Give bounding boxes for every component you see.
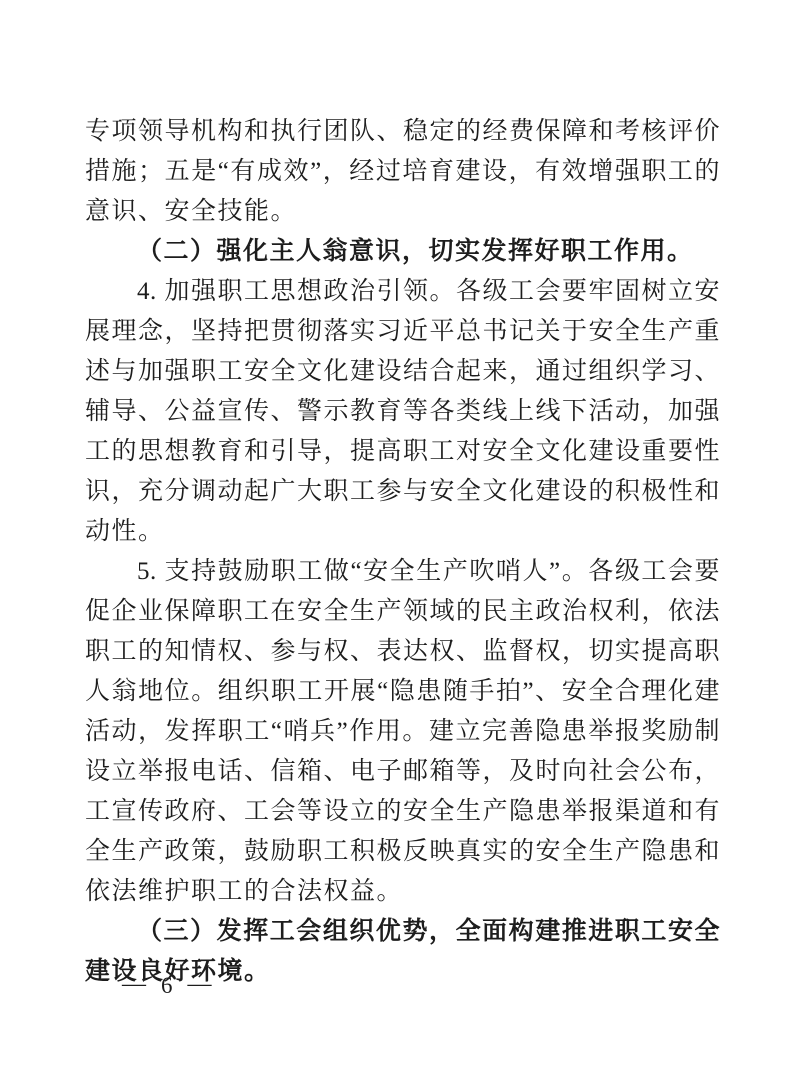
text-line: 专项领导机构和执行团队、稳定的经费保障和考核评价激励 <box>85 112 720 152</box>
text-line: 5. 支持鼓励职工做“安全生产吹哨人”。各级工会要督 <box>85 552 720 592</box>
text-line: 4. 加强职工思想政治引领。各级工会要牢固树立安全发 <box>85 272 720 312</box>
page-number-dash-right: — <box>188 969 212 999</box>
text-line: 展理念，坚持把贯彻落实习近平总书记关于安全生产重要论 <box>85 312 720 352</box>
text-line: 活动，发挥职工“哨兵”作用。建立完善隐患举报奖励制度， <box>85 712 720 752</box>
text-line: 工的思想教育和引导，提高职工对安全文化建设重要性的认 <box>85 432 720 472</box>
text-line: 职工的知情权、参与权、表达权、监督权，切实提高职工主 <box>85 632 720 672</box>
document-page: 专项领导机构和执行团队、稳定的经费保障和考核评价激励 措施；五是“有成效”，经过… <box>0 0 798 1090</box>
text-line: 述与加强职工安全文化建设结合起来，通过组织学习、专题 <box>85 352 720 392</box>
text-line: 设立举报电话、信箱、电子邮箱等，及时向社会公布，向职 <box>85 752 720 792</box>
text-line: 动性。 <box>85 512 720 552</box>
section-heading-2: （二）强化主人翁意识，切实发挥好职工作用。 <box>85 232 720 272</box>
text-line: 措施；五是“有成效”，经过培育建设，有效增强职工的安全 <box>85 152 720 192</box>
text-line: 人翁地位。组织职工开展“隐患随手拍”、安全合理化建议等 <box>85 672 720 712</box>
text-line: 全生产政策，鼓励职工积极反映真实的安全生产隐患和问题， <box>85 832 720 872</box>
document-body: 专项领导机构和执行团队、稳定的经费保障和考核评价激励 措施；五是“有成效”，经过… <box>85 112 720 992</box>
text-line: 识，充分调动起广大职工参与安全文化建设的积极性和主 <box>85 472 720 512</box>
section-heading-3: （三）发挥工会组织优势，全面构建推进职工安全文化 <box>85 912 720 952</box>
page-number-value: 6 <box>161 971 173 1001</box>
page-number-dash-left: — <box>122 969 146 999</box>
text-line: 辅导、公益宣传、警示教育等各类线上线下活动，加强对职 <box>85 392 720 432</box>
text-line: 工宣传政府、工会等设立的安全生产隐患举报渠道和有关安 <box>85 792 720 832</box>
text-line: 促企业保障职工在安全生产领域的民主政治权利，依法保障 <box>85 592 720 632</box>
text-line: 依法维护职工的合法权益。 <box>85 872 720 912</box>
text-line: 意识、安全技能。 <box>85 192 720 232</box>
page-number: — 6 — <box>122 971 212 1001</box>
